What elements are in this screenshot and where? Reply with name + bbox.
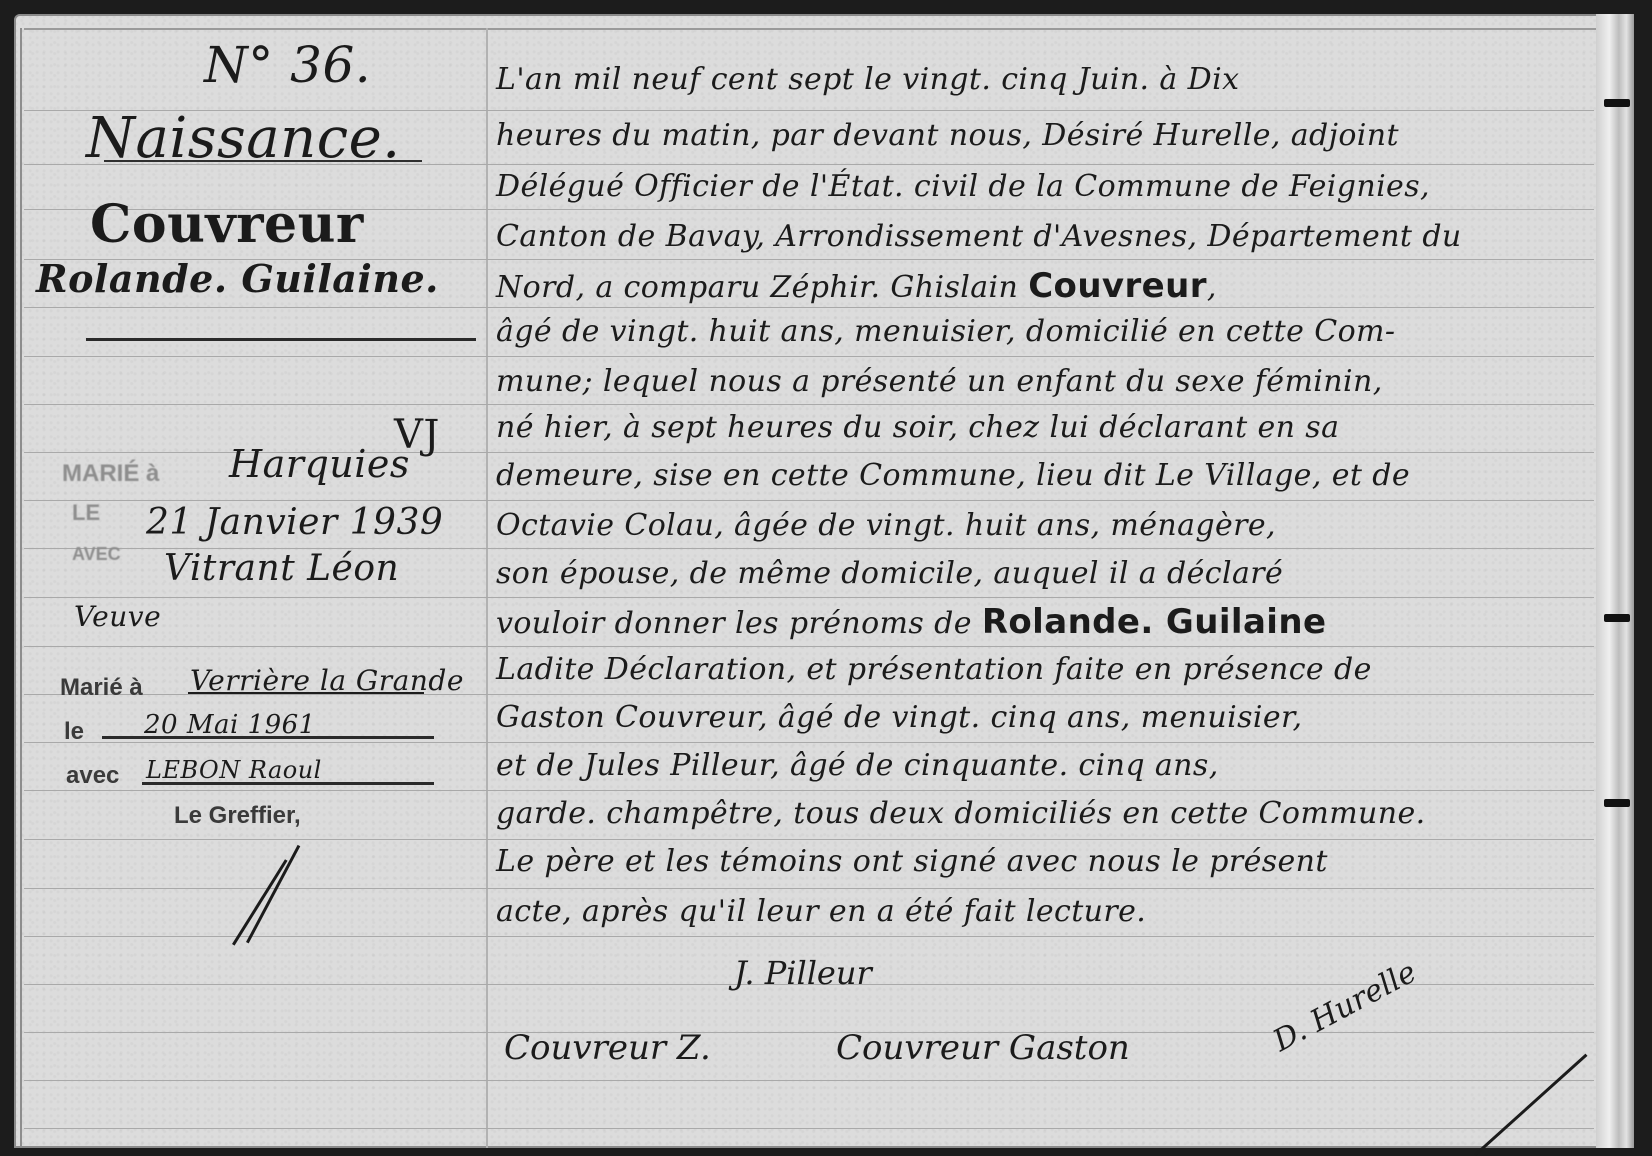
- stamp-with-label: avec: [66, 762, 119, 790]
- signature-witness-gaston: Couvreur Gaston: [836, 1028, 1130, 1068]
- signature-officer: D. Hurelle: [1268, 955, 1423, 1059]
- body-line: Ladite Déclaration, et présentation fait…: [496, 652, 1372, 687]
- ruled-line: [24, 936, 1594, 937]
- register-page: N° 36. Naissance. Couvreur Rolande. Guil…: [14, 14, 1634, 1148]
- body-line: Délégué Officier de l'État. civil de la …: [496, 169, 1430, 204]
- ruled-line: [24, 1128, 1594, 1129]
- ruled-line: [24, 839, 1594, 840]
- stamp-on-faded: LE: [72, 500, 100, 526]
- marriage-2-spouse-line: [142, 782, 434, 785]
- body-line: mune; lequel nous a présenté un enfant d…: [496, 364, 1383, 399]
- act-type-underline: [104, 160, 422, 162]
- stamp-with-faded: AVEC: [72, 544, 121, 565]
- stamp-married-at-label: Marié à: [60, 674, 143, 702]
- act-number: N° 36.: [204, 36, 371, 94]
- binding-clip: [1604, 799, 1630, 807]
- marriage-1-initials: VJ: [394, 412, 440, 458]
- marriage-1-place: Harquies: [229, 442, 410, 486]
- ruled-line: [24, 646, 1594, 647]
- clerk-label: Le Greffier,: [174, 802, 301, 830]
- marriage-1-date: 21 Janvier 1939: [146, 502, 443, 543]
- stamp-on-label: le: [64, 718, 84, 746]
- body-line: âgé de vingt. huit ans, menuisier, domic…: [496, 314, 1395, 349]
- binding-clip: [1604, 614, 1630, 622]
- ruled-line: [24, 790, 1594, 791]
- ruled-line: [24, 1032, 1594, 1033]
- clerk-signature-paraph: [246, 845, 300, 944]
- body-line: Le père et les témoins ont signé avec no…: [496, 844, 1328, 879]
- margin-separator: [86, 338, 476, 341]
- book-binding: [1596, 14, 1634, 1148]
- margin-surname: Couvreur: [90, 194, 364, 255]
- column-divider: [486, 28, 488, 1148]
- body-line: garde. champêtre, tous deux domiciliés e…: [496, 796, 1426, 831]
- body-line: Octavie Colau, âgée de vingt. huit ans, …: [496, 508, 1276, 543]
- body-line: heures du matin, par devant nous, Désiré…: [496, 118, 1399, 153]
- marriage-2-spouse: LEBON Raoul: [146, 756, 322, 784]
- ruled-line: [24, 500, 1594, 501]
- ruled-line: [24, 356, 1594, 357]
- father-surname: Couvreur: [1028, 266, 1207, 306]
- body-line: Gaston Couvreur, âgé de vingt. cinq ans,…: [496, 700, 1302, 735]
- body-line: Canton de Bavay, Arrondissement d'Avesne…: [496, 219, 1462, 254]
- ruled-line: [24, 404, 1594, 405]
- ruled-line: [24, 742, 1594, 743]
- ruled-line: [24, 888, 1594, 889]
- body-line: demeure, sise en cette Commune, lieu dit…: [496, 458, 1410, 493]
- stamp-married-at-faded: MARIÉ à: [62, 460, 159, 488]
- clerk-signature-paraph: [232, 859, 288, 945]
- widow-note: Veuve: [74, 600, 161, 633]
- ruled-line: [24, 307, 1594, 308]
- body-line-text: vouloir donner les prénoms de: [496, 606, 972, 641]
- body-line-text: Nord, a comparu Zéphir. Ghislain: [496, 270, 1018, 305]
- body-line: Nord, a comparu Zéphir. Ghislain Couvreu…: [496, 266, 1217, 306]
- binding-clip: [1604, 99, 1630, 107]
- body-line: L'an mil neuf cent sept le vingt. cinq J…: [496, 62, 1239, 97]
- child-given-names: Rolande. Guilaine: [982, 602, 1327, 642]
- ruled-line: [24, 597, 1594, 598]
- margin-given-names: Rolande. Guilaine.: [36, 256, 439, 301]
- body-line: né hier, à sept heures du soir, chez lui…: [496, 410, 1339, 445]
- signature-witness-pilleur: J. Pilleur: [734, 954, 872, 992]
- marriage-2-date-line: [102, 736, 434, 739]
- body-line: acte, après qu'il leur en a été fait lec…: [496, 894, 1146, 929]
- marriage-2-place-underline: [188, 692, 424, 694]
- officer-signature-stroke: [1474, 1054, 1587, 1148]
- body-line: vouloir donner les prénoms de Rolande. G…: [496, 602, 1326, 642]
- ruled-line: [24, 1080, 1594, 1081]
- body-line: son épouse, de même domicile, auquel il …: [496, 556, 1283, 591]
- signature-father: Couvreur Z.: [504, 1028, 711, 1068]
- body-line: et de Jules Pilleur, âgé de cinquante. c…: [496, 748, 1219, 783]
- marriage-1-spouse: Vitrant Léon: [164, 548, 399, 589]
- left-margin-rule: [20, 28, 22, 1148]
- top-rule: [24, 28, 1634, 30]
